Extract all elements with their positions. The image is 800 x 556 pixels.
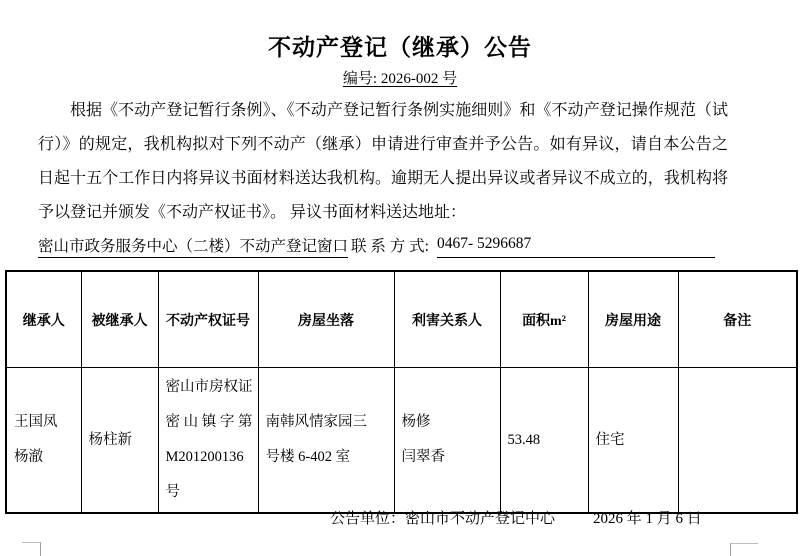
col-header-stakeholders: 利害关系人: [394, 271, 500, 368]
col-header-remarks: 备注: [678, 271, 797, 368]
doc-number-line: 编号: 2026-002 号: [0, 67, 800, 88]
body-paragraph: 根据《不动产登记暂行条例》、《不动产登记暂行条例实施细则》和《不动产登记操作规范…: [38, 94, 728, 230]
cell-stakeholders: 杨修 闫翠香: [394, 368, 500, 514]
cell-remarks: [678, 368, 797, 514]
cell-certificate-no: 密山市房权证 密 山 镇 字 第 M201200136 号: [158, 368, 258, 514]
contact-phone: 0467- 5296687: [437, 233, 715, 258]
cell-area: 53.48: [500, 368, 588, 514]
col-header-house-use: 房屋用途: [588, 271, 678, 368]
cell-house-location: 南韩风情家园三 号楼 6-402 室: [258, 368, 394, 514]
contact-label: 联 系 方 式:: [351, 238, 429, 255]
cell-heir: 王国凤 杨澈: [6, 368, 81, 514]
announcement-table: 继承人 被继承人 不动产权证号 房屋坐落 利害关系人 面积m² 房屋用途 备注 …: [5, 270, 798, 514]
col-header-area: 面积m²: [500, 271, 588, 368]
delivery-address-line: 密山市政务服务中心（二楼）不动产登记窗口联 系 方 式:0467- 529668…: [38, 233, 762, 258]
page-margin-mark-icon: [22, 542, 41, 556]
table-header-row: 继承人 被继承人 不动产权证号 房屋坐落 利害关系人 面积m² 房屋用途 备注: [6, 271, 797, 368]
col-header-heir: 继承人: [6, 271, 81, 368]
cell-decedent: 杨柱新: [81, 368, 158, 514]
issue-date: 2026 年 1 月 6 日: [593, 508, 702, 530]
announcement-document: 不动产登记（继承）公告 编号: 2026-002 号 根据《不动产登记暂行条例》…: [0, 0, 800, 556]
table-row: 王国凤 杨澈 杨柱新 密山市房权证 密 山 镇 字 第 M201200136 号…: [6, 368, 797, 514]
col-header-decedent: 被继承人: [81, 271, 158, 368]
page-margin-mark-icon: [730, 543, 758, 556]
delivery-address: 密山市政务服务中心（二楼）不动产登记窗口: [38, 238, 348, 258]
col-header-house-location: 房屋坐落: [258, 271, 394, 368]
cell-house-use: 住宅: [588, 368, 678, 514]
issuer-text: 公告单位：密山市不动产登记中心: [330, 508, 555, 530]
col-header-certificate-no: 不动产权证号: [158, 271, 258, 368]
page-title: 不动产登记（继承）公告: [0, 29, 800, 62]
footer-line: 公告单位：密山市不动产登记中心 2026 年 1 月 6 日: [0, 508, 800, 530]
doc-number: 编号: 2026-002 号: [343, 71, 457, 87]
